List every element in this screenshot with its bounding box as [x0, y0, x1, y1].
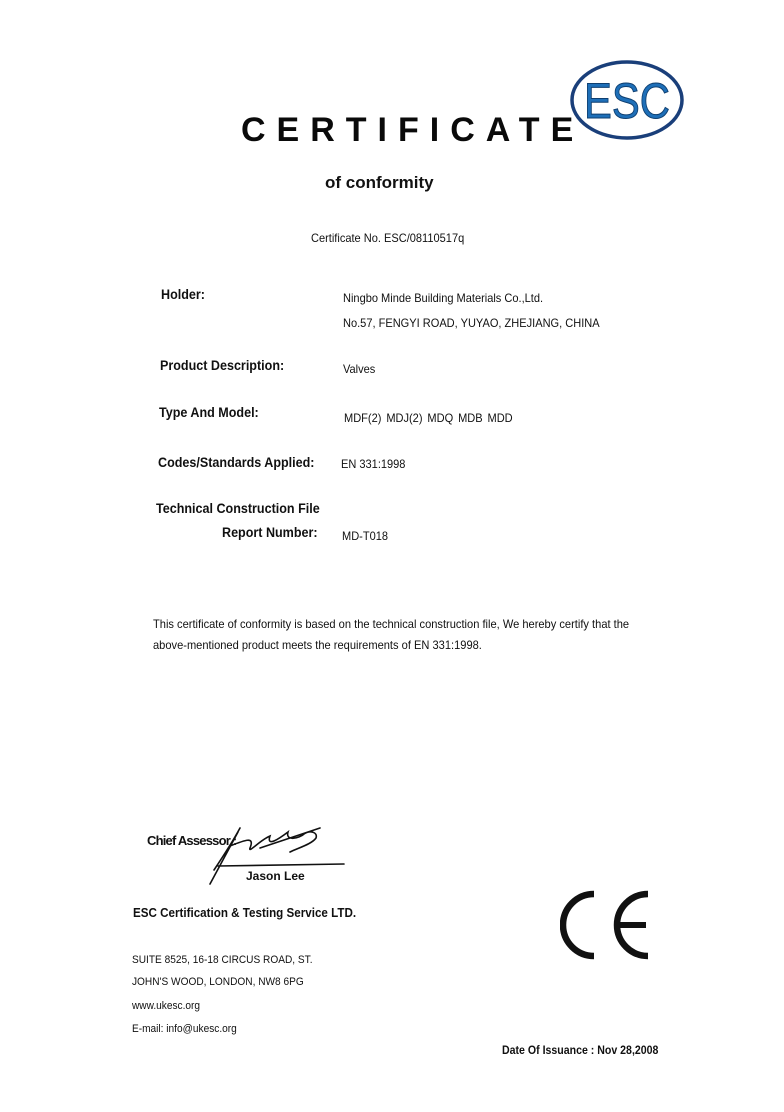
tcf-label: Technical Construction File: [156, 501, 320, 516]
assessor-name: Jason Lee: [246, 869, 305, 883]
product-description-label: Product Description:: [160, 358, 284, 373]
report-number-value: MD-T018: [342, 529, 388, 543]
esc-logo: ESC: [568, 58, 686, 142]
date-of-issuance: Date Of Issuance : Nov 28,2008: [502, 1045, 658, 1057]
standards-value: EN 331:1998: [341, 457, 405, 471]
certificate-subtitle: of conformity: [325, 173, 434, 193]
type-model-label: Type And Model:: [159, 405, 259, 420]
holder-label: Holder:: [161, 287, 205, 302]
holder-name: Ningbo Minde Building Materials Co.,Ltd.: [343, 291, 543, 305]
holder-address: No.57, FENGYI ROAD, YUYAO, ZHEJIANG, CHI…: [343, 316, 600, 330]
issuer-address-line-1: SUITE 8525, 16-18 CIRCUS ROAD, ST.: [132, 954, 313, 966]
standards-label: Codes/Standards Applied:: [158, 455, 315, 470]
report-number-label: Report Number:: [222, 525, 318, 540]
issuer-address-line-2: JOHN'S WOOD, LONDON, NW8 6PG: [132, 976, 304, 988]
svg-text:ESC: ESC: [584, 73, 670, 129]
issuer-company: ESC Certification & Testing Service LTD.: [133, 906, 356, 920]
statement-line-1: This certificate of conformity is based …: [153, 617, 629, 631]
ce-mark-icon: CE: [560, 890, 660, 960]
statement-line-2: above-mentioned product meets the requir…: [153, 638, 482, 652]
certificate-number: Certificate No. ESC/08110517q: [311, 231, 464, 245]
type-model-value: MDF(2) MDJ(2) MDQ MDB MDD: [344, 411, 513, 425]
certificate-title: CERTIFICATE: [241, 111, 584, 150]
issuer-website[interactable]: www.ukesc.org: [132, 1000, 200, 1012]
issuer-email[interactable]: E-mail: info@ukesc.org: [132, 1023, 237, 1035]
product-description-value: Valves: [343, 362, 375, 376]
